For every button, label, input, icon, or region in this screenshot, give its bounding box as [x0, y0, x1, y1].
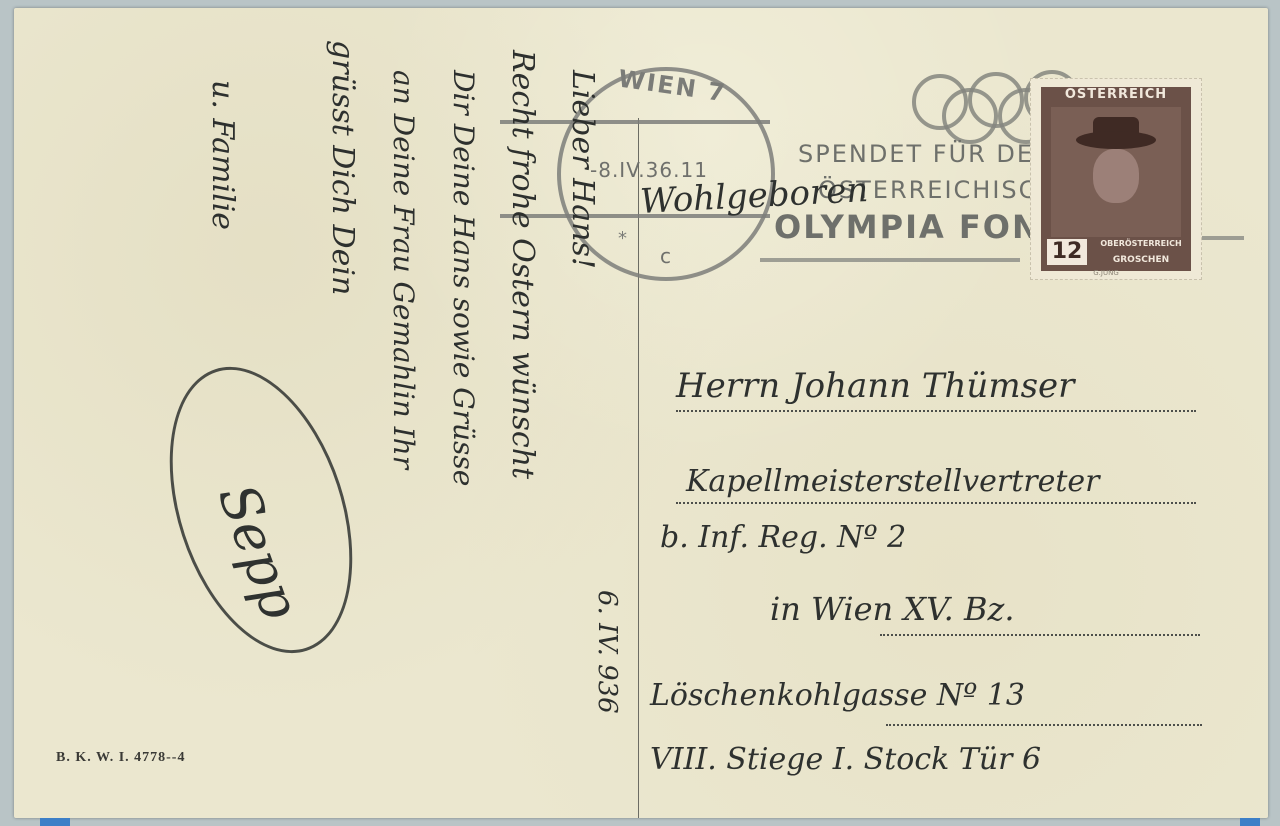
publisher-imprint: B. K. W. I. 4778--4	[56, 750, 185, 766]
address-title: Kapellmeisterstellvertreter	[686, 464, 1100, 499]
cancel-line	[760, 258, 1020, 262]
address-rule	[880, 634, 1200, 636]
background-edge	[40, 818, 70, 826]
address-unit: b. Inf. Reg. Nº 2	[660, 520, 906, 555]
postage-stamp: ÖSTERREICH 12 OBERÖSTERREICH GROSCHEN G.…	[1030, 78, 1202, 280]
message-line: u. Familie	[205, 80, 240, 230]
stamp-value: 12	[1047, 239, 1087, 265]
postmark-bar	[500, 120, 770, 124]
stamp-country: ÖSTERREICH	[1041, 87, 1191, 102]
background-edge	[1240, 818, 1260, 826]
stamp-designer: G.JUNG	[1071, 269, 1141, 277]
message-line: Dir Deine Hans sowie Grüsse	[447, 70, 480, 486]
postmark-letter: c	[660, 244, 671, 268]
slogan-line-1: SPENDET FÜR DEN	[798, 140, 1054, 168]
address-rule	[886, 724, 1202, 726]
address-apartment: VIII. Stiege I. Stock Tür 6	[650, 742, 1041, 777]
address-name: Herrn Johann Thümser	[676, 366, 1074, 406]
cancel-line	[1200, 236, 1244, 240]
message-line: an Deine Frau Gemahlin Ihr	[387, 70, 420, 469]
stamp-portrait-image	[1051, 107, 1181, 237]
address-street: Löschenkohlgasse Nº 13	[650, 678, 1025, 713]
message-date: 6. IV. 936	[592, 590, 622, 714]
stamp-region: OBERÖSTERREICH	[1093, 239, 1189, 248]
postmark-star-icon: *	[618, 228, 627, 249]
address-city-line: in Wien XV. Bz.	[770, 590, 1014, 628]
address-rule	[676, 502, 1196, 504]
message-line: grüsst Dich Dein	[325, 40, 360, 295]
address-rule	[676, 410, 1196, 412]
message-line: Recht frohe Ostern wünscht	[505, 50, 540, 479]
message-line: Lieber Hans!	[565, 70, 600, 269]
stamp-currency: GROSCHEN	[1093, 255, 1189, 265]
